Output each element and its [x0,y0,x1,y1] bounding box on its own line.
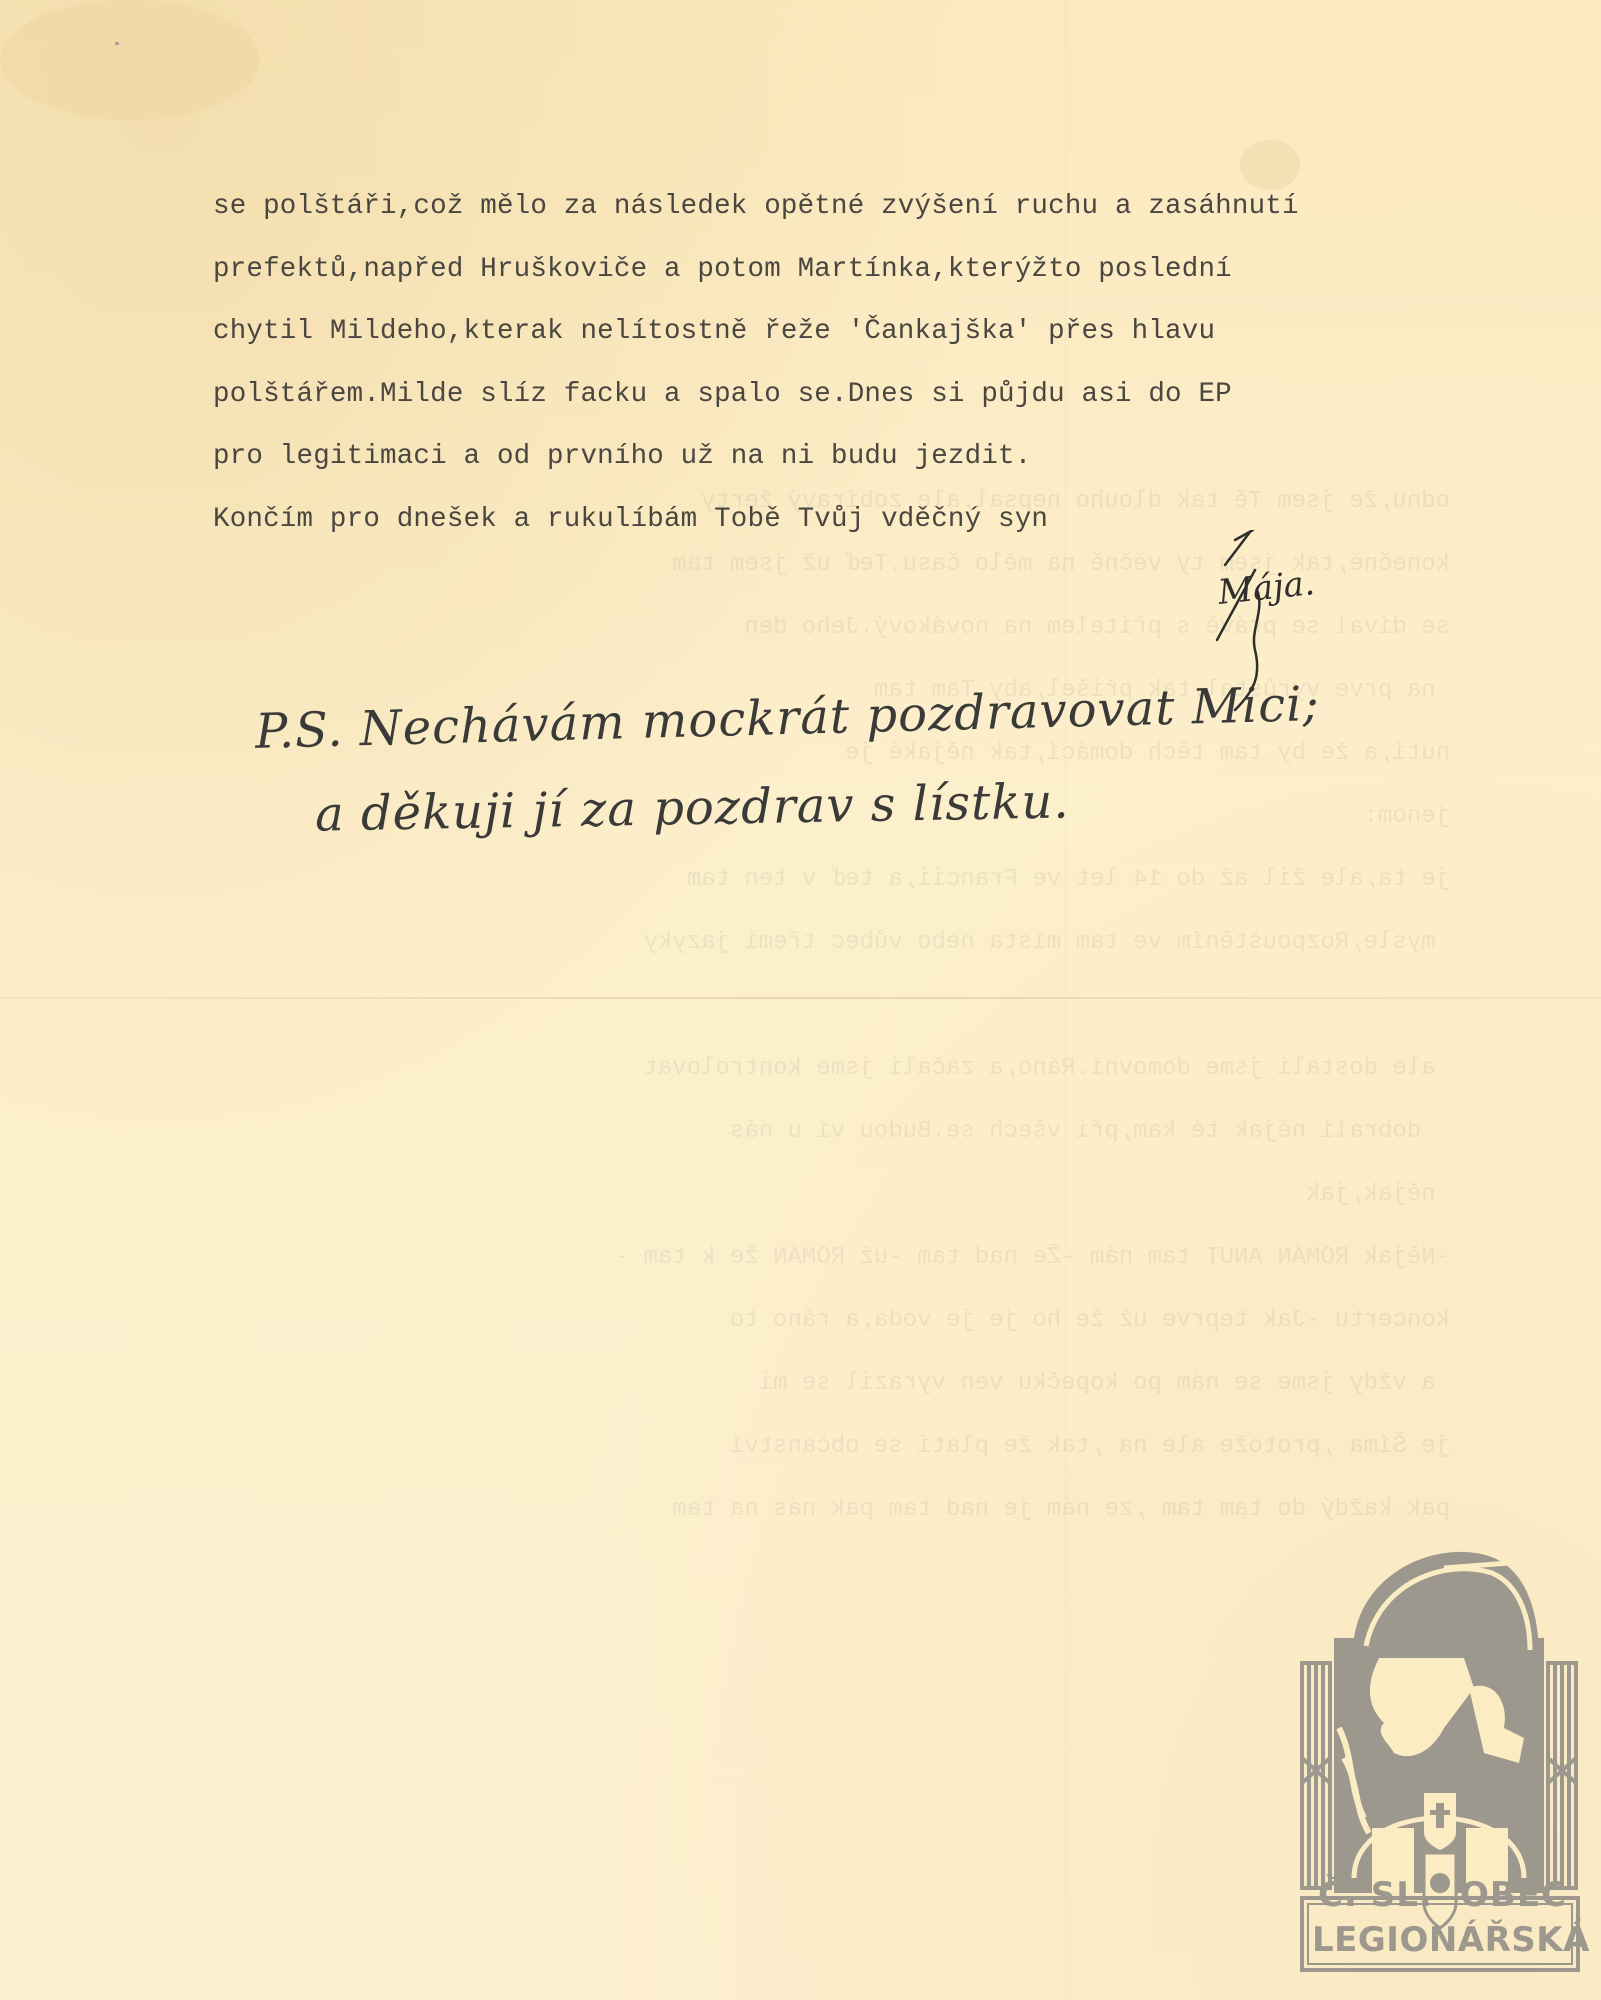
postscript-line: a děkuji jí za pozdrav s lístku. [315,773,1070,842]
paper-fold-line [0,997,1601,999]
logo-text: Č. SL. [1318,1875,1433,1915]
logo-text: OBEC [1460,1875,1567,1915]
logo-text: LEGIONÁŘSKÁ [1312,1920,1590,1960]
typed-line: chytil Mildeho,kterak nelítostně řeže 'Č… [213,301,1299,364]
typed-line: polštářem.Milde slíz facku a spalo se.Dn… [213,364,1299,427]
postscript-line: P.S. Nechávám mockrát pozdravovat Mici; [254,676,1320,760]
paper-speck [115,42,119,45]
typed-line: se polštáři,což mělo za následek opětné … [213,176,1299,239]
typed-letter-body: se polštáři,což mělo za následek opětné … [213,176,1299,551]
typed-line: prefektů,napřed Hruškoviče a potom Martí… [213,239,1299,302]
paper-stain [0,0,260,120]
typed-line: pro legitimaci a od prvního už na ni bud… [213,426,1299,489]
typed-line: Končím pro dnešek a rukulíbám Tobě Tvůj … [213,489,1299,552]
